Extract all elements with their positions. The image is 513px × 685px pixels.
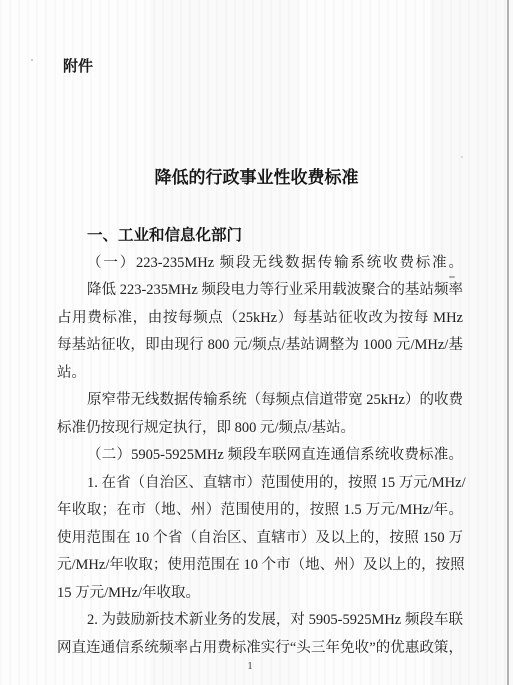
- attachment-label: 附件: [63, 57, 93, 77]
- scan-artifact-dot: [461, 156, 463, 158]
- text-line: 站。: [57, 360, 463, 388]
- text-line: 元/MHz/年收取；使用范围在 10 个市（地、州）及以上的，按照: [57, 552, 463, 580]
- scan-edge-line: [507, 0, 509, 685]
- document-lines: 一、工业和信息化部门（一）223-235MHz 频段无线数据传输系统收费标准。降…: [57, 222, 463, 662]
- section-heading: 一、工业和信息化部门: [57, 222, 463, 250]
- text-line: 年收取；在市（地、州）范围使用的，按照 1.5 万元/MHz/年。: [57, 497, 463, 525]
- text-line: 标准仍按现行规定执行，即 800 元/频点/基站。: [57, 415, 463, 443]
- text-line: 降低 223-235MHz 频段电力等行业采用载波聚合的基站频率: [57, 277, 463, 305]
- scan-artifact-dot: [31, 59, 33, 61]
- text-line: 2. 为鼓励新技术新业务的发展，对 5905-5925MHz 频段车联: [57, 607, 463, 635]
- text-line: 15 万元/MHz/年收取。: [57, 580, 463, 608]
- text-line: 原窄带无线数据传输系统（每频点信道带宽 25kHz）的收费: [57, 387, 463, 415]
- text-line: （一）223-235MHz 频段无线数据传输系统收费标准。: [57, 250, 463, 278]
- text-line: 使用范围在 10 个省（自治区、直辖市）及以上的，按照 150 万: [57, 525, 463, 553]
- text-line: 每基站征收，即由现行 800 元/频点/基站调整为 1000 元/MHz/基: [57, 332, 463, 360]
- text-line: 1. 在省（自治区、直辖市）范围使用的，按照 15 万元/MHz/: [57, 470, 463, 498]
- page-number: 1: [0, 661, 500, 672]
- text-line: 网直连通信系统频率占用费标准实行“头三年免收”的优惠政策，: [57, 635, 463, 663]
- text-line: 占用费标准，由按每频点（25kHz）每基站征收改为按每 MHz: [57, 305, 463, 333]
- document-title: 降低的行政事业性收费标准: [0, 166, 513, 190]
- text-line: （二）5905-5925MHz 频段车联网直连通信系统收费标准。: [57, 442, 463, 470]
- document-page: 附件 降低的行政事业性收费标准 一、工业和信息化部门（一）223-235MHz …: [0, 0, 513, 685]
